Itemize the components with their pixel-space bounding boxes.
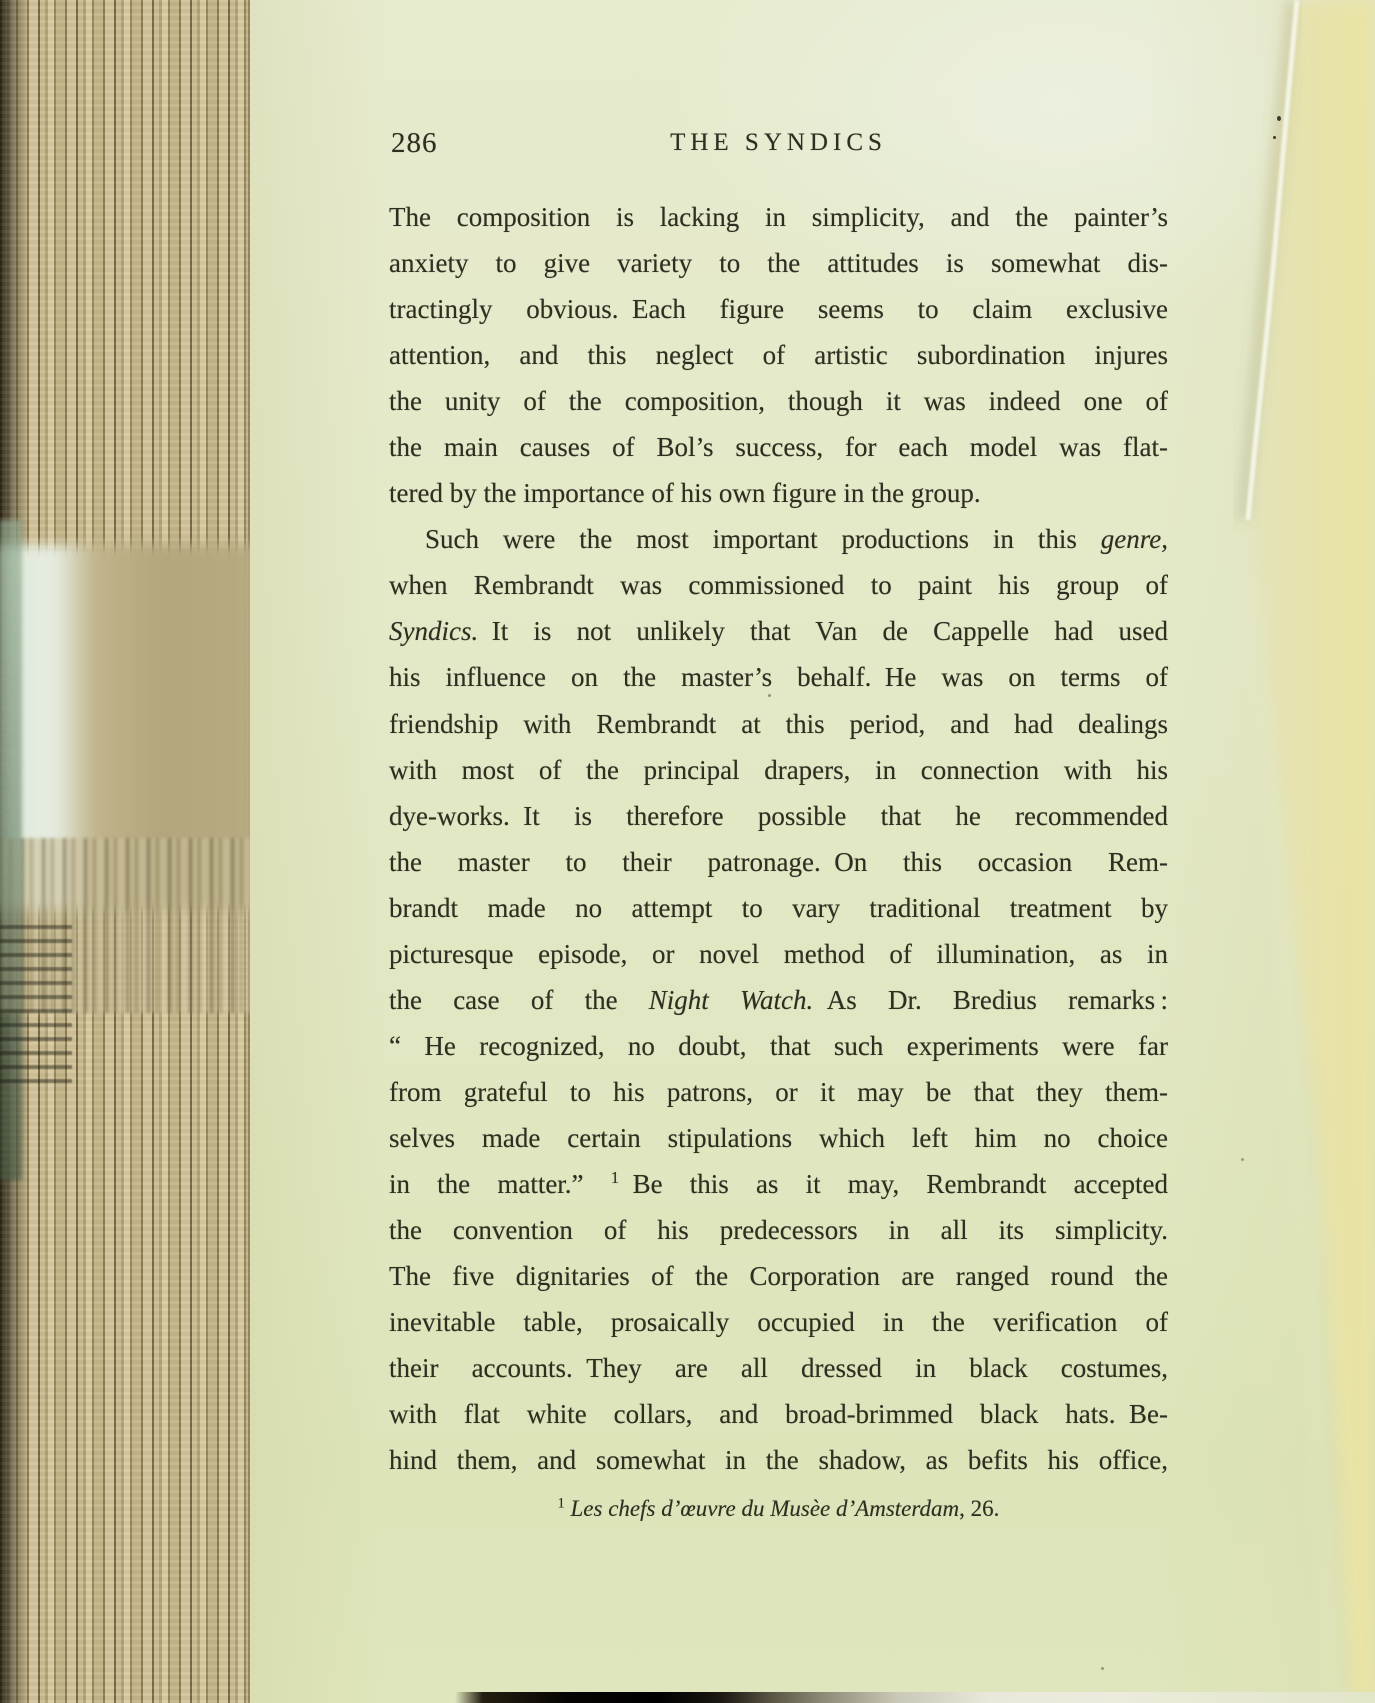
text-segment: Be this as it may, Rembrandt accepted: [619, 1169, 1168, 1199]
text-segment: Night Watch.: [649, 985, 813, 1015]
text-line: tered by the importance of his own figur…: [389, 470, 1168, 516]
page-content: 286 THE SYNDICS The composition is lacki…: [389, 121, 1168, 1526]
text-segment: attention, and this neglect of artistic …: [389, 340, 1168, 370]
text-line: anxiety to give variety to the attitudes…: [389, 240, 1168, 286]
text-segment: Such were the most important productions…: [425, 524, 1101, 554]
text-segment: picturesque episode, or novel method of …: [389, 939, 1168, 969]
text-segment: when Rembrandt was commissioned to paint…: [389, 570, 1168, 600]
text-line: with flat white collars, and broad-brimm…: [389, 1391, 1168, 1437]
text-line: the main causes of Bol’s success, for ea…: [389, 424, 1168, 470]
text-line: picturesque episode, or novel method of …: [389, 931, 1168, 977]
text-segment: Les chefs d’œuvre du Musèe d’Amsterdam: [571, 1496, 960, 1521]
text-segment: inevitable table, prosaically occupied i…: [389, 1307, 1168, 1337]
text-segment: with most of the principal drapers, in c…: [389, 755, 1168, 785]
text-line: selves made certain stipulations which l…: [389, 1115, 1168, 1161]
text-segment: the main causes of Bol’s success, for ea…: [389, 432, 1168, 462]
text-line: with most of the principal drapers, in c…: [389, 747, 1168, 793]
footnote-ref: 1: [611, 1168, 619, 1187]
text-segment: with flat white collars, and broad-brimm…: [389, 1399, 1168, 1429]
footnote-ref: 1: [558, 1496, 565, 1512]
text-segment: , 26.: [959, 1496, 999, 1521]
ink-speck: [1241, 1158, 1244, 1161]
ink-speck: [1273, 136, 1276, 139]
book-photo: 286 THE SYNDICS The composition is lacki…: [0, 0, 1375, 1703]
text-line: the master to their patronage. On this o…: [389, 839, 1168, 885]
body-text: The composition is lacking in simplicity…: [389, 194, 1168, 1483]
text-segment: the master to their patronage. On this o…: [389, 847, 1168, 877]
text-line: his influence on the master’s behalf. He…: [389, 654, 1168, 700]
text-line: Syndics. It is not unlikely that Van de …: [389, 608, 1168, 654]
text-segment: the case of the: [389, 985, 649, 1015]
text-segment: the convention of his predecessors in al…: [389, 1215, 1168, 1245]
page-header: 286 THE SYNDICS: [389, 121, 1168, 165]
text-segment: hind them, and somewhat in the shadow, a…: [389, 1445, 1168, 1475]
ink-speck: [1101, 1667, 1104, 1670]
text-line: Such were the most important productions…: [389, 516, 1168, 562]
text-segment: genre,: [1101, 524, 1168, 554]
ink-speck: [1277, 116, 1281, 121]
text-line: tractingly obvious. Each figure seems to…: [389, 286, 1168, 332]
text-segment: dye-works. It is therefore possible that…: [389, 801, 1168, 831]
text-segment: The composition is lacking in simplicity…: [389, 202, 1168, 232]
text-segment: friendship with Rembrandt at this period…: [389, 709, 1168, 739]
footnote: 1 Les chefs d’œuvre du Musèe d’Amsterdam…: [389, 1492, 1168, 1526]
text-segment: The five dignitaries of the Corporation …: [389, 1261, 1168, 1291]
text-line: inevitable table, prosaically occupied i…: [389, 1299, 1168, 1345]
page-number: 286: [391, 121, 438, 165]
table-edge-strip: [455, 1692, 1375, 1703]
text-line: “ He recognized, no doubt, that such exp…: [389, 1023, 1168, 1069]
text-segment: their accounts. They are all dressed in …: [389, 1353, 1168, 1383]
text-segment: from grateful to his patrons, or it may …: [389, 1077, 1168, 1107]
text-line: The composition is lacking in simplicity…: [389, 194, 1168, 240]
text-segment: tered by the importance of his own figur…: [389, 478, 981, 508]
text-line: from grateful to his patrons, or it may …: [389, 1069, 1168, 1115]
text-segment: anxiety to give variety to the attitudes…: [389, 248, 1168, 278]
text-segment: his influence on the master’s behalf. He…: [389, 662, 1168, 692]
text-line: the unity of the composition, though it …: [389, 378, 1168, 424]
text-line: attention, and this neglect of artistic …: [389, 332, 1168, 378]
text-line: when Rembrandt was commissioned to paint…: [389, 562, 1168, 608]
text-segment: It is not unlikely that Van de Cappelle …: [478, 616, 1168, 646]
text-line: hind them, and somewhat in the shadow, a…: [389, 1437, 1168, 1483]
text-segment: “ He recognized, no doubt, that such exp…: [389, 1031, 1168, 1061]
text-line: dye-works. It is therefore possible that…: [389, 793, 1168, 839]
text-segment: the unity of the composition, though it …: [389, 386, 1168, 416]
text-line: friendship with Rembrandt at this period…: [389, 701, 1168, 747]
running-title: THE SYNDICS: [389, 121, 1168, 165]
text-line: the convention of his predecessors in al…: [389, 1207, 1168, 1253]
text-line: in the matter.” 1 Be this as it may, Rem…: [389, 1161, 1168, 1207]
text-segment: selves made certain stipulations which l…: [389, 1123, 1168, 1153]
text-segment: brandt made no attempt to vary tradition…: [389, 893, 1168, 923]
text-segment: As Dr. Bredius remarks :: [813, 985, 1168, 1015]
text-line: the case of the Night Watch. As Dr. Bred…: [389, 977, 1168, 1023]
text-segment: tractingly obvious. Each figure seems to…: [389, 294, 1168, 324]
text-line: The five dignitaries of the Corporation …: [389, 1253, 1168, 1299]
text-segment: Syndics.: [389, 616, 478, 646]
text-segment: in the matter.”: [389, 1169, 611, 1199]
text-line: their accounts. They are all dressed in …: [389, 1345, 1168, 1391]
text-line: brandt made no attempt to vary tradition…: [389, 885, 1168, 931]
